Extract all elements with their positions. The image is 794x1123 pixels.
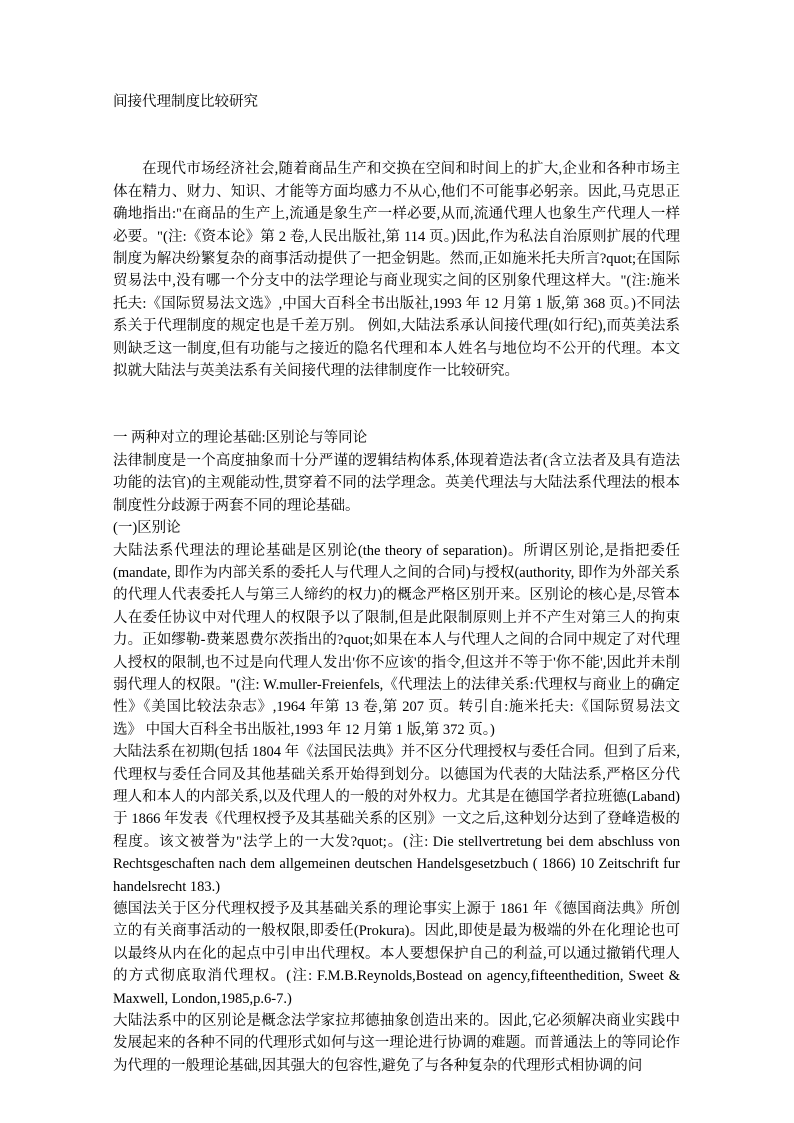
- document-page: 间接代理制度比较研究 在现代市场经济社会,随着商品生产和交换在空间和时间上的扩大…: [0, 0, 794, 1123]
- section-1-heading: 一 两种对立的理论基础:区别论与等同论: [113, 427, 680, 449]
- german-law-paragraph: 德国法关于区分代理权授予及其基础关系的理论事实上源于 1861 年《德国商法典》…: [113, 898, 680, 1010]
- separation-theory-paragraph: 大陆法系代理法的理论基础是区别论(the theory of separatio…: [113, 540, 680, 742]
- subsection-1-heading: (一)区别论: [113, 517, 680, 539]
- document-body: 在现代市场经济社会,随着商品生产和交换在空间和时间上的扩大,企业和各种市场主体在…: [113, 158, 680, 1077]
- intro-paragraph: 在现代市场经济社会,随着商品生产和交换在空间和时间上的扩大,企业和各种市场主体在…: [113, 158, 680, 382]
- closing-paragraph: 大陆法系中的区别论是概念法学家拉邦德抽象创造出来的。因此,它必须解决商业实践中发…: [113, 1010, 680, 1077]
- document-title: 间接代理制度比较研究: [113, 91, 680, 113]
- section-1-lead-paragraph: 法律制度是一个高度抽象而十分严谨的逻辑结构体系,体现着造法者(含立法者及具有造法…: [113, 450, 680, 517]
- document-content: 间接代理制度比较研究 在现代市场经济社会,随着商品生产和交换在空间和时间上的扩大…: [113, 91, 680, 1077]
- early-civil-law-paragraph: 大陆法系在初期(包括 1804 年《法国民法典》并不区分代理授权与委任合同。但到…: [113, 741, 680, 898]
